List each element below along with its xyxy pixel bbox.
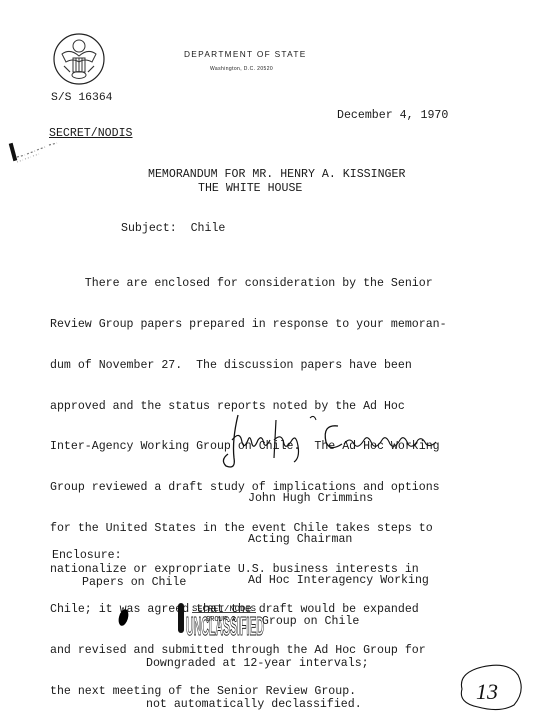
- signer-org-line-2: Group on Chile: [248, 615, 429, 629]
- faded-stamp-mark: [5, 135, 65, 167]
- addressee-line-2: THE WHITE HOUSE: [198, 182, 302, 196]
- downgrade-notice: Downgraded at 12-year intervals; not aut…: [146, 630, 369, 721]
- downgrade-line-1: Downgraded at 12-year intervals;: [146, 657, 369, 671]
- page-number-text: 13: [476, 679, 498, 704]
- signer-org-line-1: Ad Hoc Interagency Working: [248, 574, 429, 588]
- enclosure-label: Enclosure:: [52, 549, 122, 563]
- signature-block: John Hugh Crimmins Acting Chairman Ad Ho…: [248, 465, 429, 642]
- enclosure-item: Papers on Chile: [82, 576, 186, 590]
- signer-name: John Hugh Crimmins: [248, 492, 429, 506]
- document-date: December 4, 1970: [337, 109, 448, 123]
- department-address: Washington, D.C. 20520: [210, 66, 273, 72]
- department-name: DEPARTMENT OF STATE: [184, 49, 307, 59]
- signer-title: Acting Chairman: [248, 533, 429, 547]
- svg-text:SECRET/NODIS: SECRET/NODIS: [192, 605, 256, 614]
- body-line: dum of November 27. The discussion paper…: [50, 359, 447, 373]
- handwritten-signature: [218, 410, 473, 472]
- body-line: There are enclosed for consideration by …: [50, 277, 447, 291]
- document-number: S/S 16364: [51, 92, 113, 106]
- great-seal-icon: [52, 32, 106, 88]
- circled-page-number: 13: [452, 661, 528, 713]
- svg-text:GROUP 3: GROUP 3: [206, 616, 235, 624]
- addressee-line-1: MEMORANDUM FOR MR. HENRY A. KISSINGER: [148, 168, 405, 182]
- downgrade-line-2: not automatically declassified.: [146, 698, 369, 712]
- body-line: Review Group papers prepared in response…: [50, 318, 447, 332]
- subject-line: Subject: Chile: [121, 222, 225, 236]
